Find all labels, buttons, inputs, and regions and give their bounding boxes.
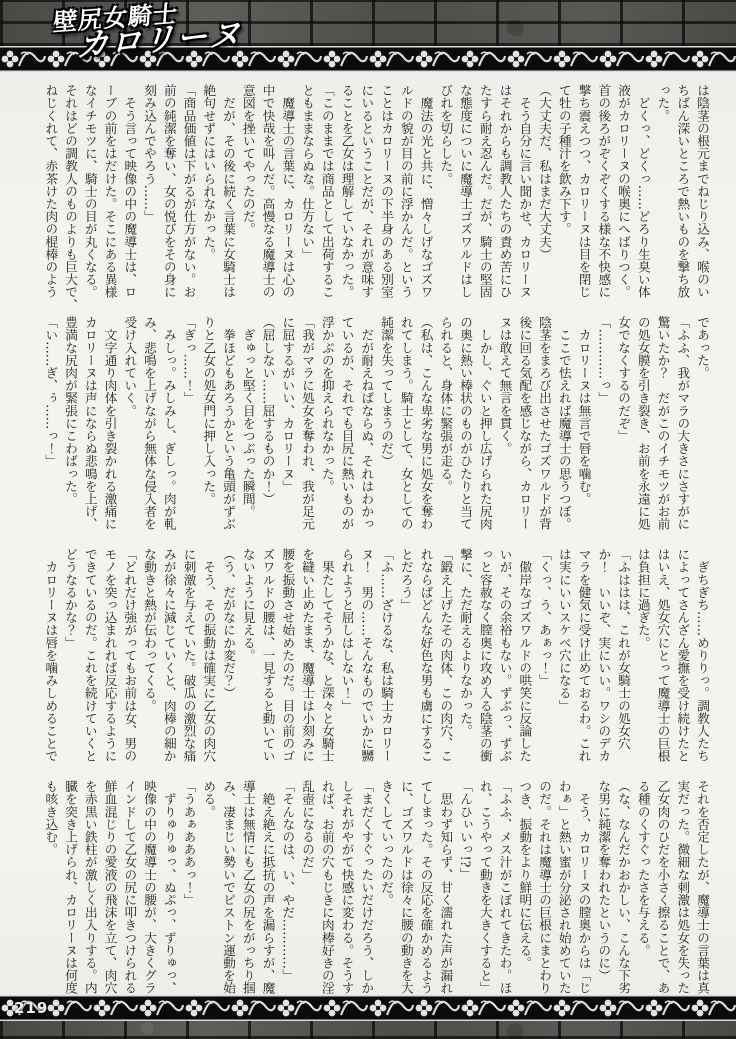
- text-column: 「ふふ、メス汁がこぼれてきたわ。ほ: [495, 780, 515, 994]
- text-column: 鮮血混じりの愛液の飛沫を立て、肉穴: [100, 780, 120, 994]
- text-column: 「商品価値は下がるが仕方がない。お: [179, 84, 199, 298]
- text-column: は陰茎の根元までねじり込み、喉のい: [692, 84, 712, 298]
- text-column: にいるということだが、それが意味す: [357, 84, 377, 298]
- text-column: マラを健気に受け止めておるわ。これ: [574, 548, 594, 762]
- text-column: 液がカロリーヌの喉奥にへばりつく。: [613, 84, 633, 298]
- text-column: そう、カロリーヌの膣奥からは「じ: [574, 780, 594, 994]
- text-column: に屈するがいい、カロリーヌ」: [278, 316, 298, 530]
- text-column: める。: [199, 780, 219, 994]
- text-column: カロリーヌは唇を噛みしめることで: [41, 548, 61, 762]
- text-column: つき、振動をより鮮明に伝える。: [515, 780, 535, 994]
- text-column: ともままならぬな。仕方ない」: [297, 84, 317, 298]
- text-column: ヌは敢えて無言を貫く。: [495, 316, 515, 530]
- text-column: ズワルドの腰は、一見すると動いてい: [258, 548, 278, 762]
- text-column: とだろう」: [396, 548, 416, 762]
- scanned-novel-page: { "page": { "number": "219", "logo_line1…: [0, 0, 736, 1039]
- text-column: て牡の子種汁を飲み下す。: [554, 84, 574, 298]
- page-number: 219: [14, 997, 48, 1019]
- text-column: そう、その振動は確実に乙女の肉穴: [199, 548, 219, 762]
- text-column: によってさんざん愛撫を受け続けたと: [673, 548, 693, 762]
- text-column: そう自分に言い聞かせ、カロリーヌ: [515, 84, 535, 298]
- text-column: どうなるかな？」: [60, 548, 80, 762]
- text-column: いが、その余裕もない。ずぶっ、ずぶ: [495, 548, 515, 762]
- text-column: 「そんなのは、い、やだ…………」: [278, 780, 298, 994]
- text-column: 「どれだけ強がってもお前は女、男の: [120, 548, 140, 762]
- text-column: モノを突っ込まれれば反応するように: [100, 548, 120, 762]
- text-column: 「我がマラに処女を奪われ、我が足元: [297, 316, 317, 530]
- text-column: 腰を振動させ始めたのだ。目の前のゴ: [278, 548, 298, 762]
- text-column: 意図を挫いてやったのだ。: [238, 84, 258, 298]
- text-column: 「ふ……ざけるな、私は騎士カロリー: [376, 548, 396, 762]
- text-column: は負担に過ぎた。: [633, 548, 653, 762]
- text-column: れ、こうやって動きを大きくすると」: [475, 780, 495, 994]
- text-column: 実だった。微細な刺激は処女を失った: [673, 780, 693, 994]
- text-column: ているが、それでも目尻に熱いものが: [337, 316, 357, 530]
- text-column: わぁ」と熱い蜜が分泌され始めていた: [554, 780, 574, 994]
- text-column: った。: [653, 84, 673, 298]
- text-column: 陰茎をまろび出させたゴズワルドが背: [534, 316, 554, 530]
- text-column: 女でなくするのだぞ」: [613, 316, 633, 530]
- text-column: 受け入れていく。: [120, 316, 140, 530]
- text-column: 魔法の光と共に、憎々しげなゴズワ: [416, 84, 436, 298]
- text-column: 「ふふ、我がマラの大きさにさすがに: [673, 316, 693, 530]
- text-column: も咳き込む。: [41, 780, 61, 994]
- text-column: ずりゅりゅっ、ぬぷっ、ずりゅっ、: [159, 780, 179, 994]
- text-column: ないように見える。: [238, 548, 258, 762]
- text-column: 絶え絶えに抵抗の声を漏らすが、魔: [258, 780, 278, 994]
- text-column: インドして乙女の尻に叩きつけられる。: [120, 780, 140, 994]
- text-column: 拳ほどもあろうかという亀頭がずぶ: [218, 316, 238, 530]
- page-footer: 219: [0, 995, 736, 1039]
- ornament-border-bottom: 219: [0, 995, 736, 1021]
- text-column: しかし、ぐいと押し広げられた尻肉: [475, 316, 495, 530]
- text-column: であった。: [692, 316, 712, 530]
- text-column: ヌ！ 男の……そんなものでいかに嬲: [357, 548, 377, 762]
- text-column: を縫い止めたまま、魔導士は小刻みに: [297, 548, 317, 762]
- text-column: 思わず知らず、甘く濡れた声が漏れ: [436, 780, 456, 994]
- text-column: れならばどんな好色な男も虜にするこ: [416, 548, 436, 762]
- text-column: それを否定したが、魔導士の言葉は真: [692, 780, 712, 994]
- text-column: れてしまう。騎士として、女としての: [396, 316, 416, 530]
- text-column: 映像の中の魔導士の腰が、大きくグラ: [139, 780, 159, 994]
- text-column: びれを切らした。: [436, 84, 456, 298]
- ornament-pattern-bottom-svg: [0, 995, 736, 1021]
- text-column: は実にいいスケベ穴になる」: [554, 548, 574, 762]
- text-column: りと乙女の処女門に押し入った。: [199, 316, 219, 530]
- text-column: っと容赦なく膣奥に攻め入る陰茎の衝: [475, 548, 495, 762]
- text-column: どくっ、どくっ……どろり生臭い体: [633, 84, 653, 298]
- text-column: ぎちぎち……めりりっ。調教人たち: [692, 548, 712, 762]
- text-column: な男に純潔を奪われたというのに）: [594, 780, 614, 994]
- text-column: 「鍛え上げたその肉体、この肉穴、こ: [436, 548, 456, 762]
- text-column: に刺激を与えていた。破瓜の激烈な痛: [179, 548, 199, 762]
- text-column: られようと屈しはしない！」: [337, 548, 357, 762]
- text-column: だが、その後に続く言葉に女騎士は: [218, 84, 238, 298]
- text-column: 「んひぃいっ!?」: [455, 780, 475, 994]
- text-column: れば、お前の穴もじきに肉棒好きの淫: [317, 780, 337, 994]
- text-column: 「ぎっ……！」: [179, 316, 199, 530]
- text-column: ちばん深いところで熱いものを撃ち放: [673, 84, 693, 298]
- text-column: 導士は無情にも乙女の尻をがっちり掴: [238, 780, 258, 994]
- text-column: 浮かぶのを抑えられなかった。: [317, 316, 337, 530]
- text-column: 文字通り肉体を引き裂かれる激痛に: [100, 316, 120, 530]
- text-column: る種のくすぐったさを与える。: [633, 780, 653, 994]
- text-column: なイチモツに、騎士の目が丸くなる。: [80, 84, 100, 298]
- text-column: 撃に、ただ耐えるよりなかった。: [455, 548, 475, 762]
- text-column: 刻み込んでやろう……」: [139, 84, 159, 298]
- text-column: ねじくれて、赤茶けた肉の棍棒のよう: [41, 84, 61, 298]
- text-column: 前の純潔を奪い、女の悦びをその身に: [159, 84, 179, 298]
- text-column: 臓を突き上げられ、カロリーヌは何度: [60, 780, 80, 994]
- text-column: ことはカロリーヌの下半身のある別室: [376, 84, 396, 298]
- text-column: 「ふははは、これが女騎士の処女穴: [613, 548, 633, 762]
- text-band-2: であった。「ふふ、我がマラの大きさにさすがに驚いたか？ だがこのイチモツがお前の…: [36, 316, 712, 530]
- text-column: ここで怯えれば魔導士の思うつぼ。: [554, 316, 574, 530]
- text-column: （う、だがなにか変だ？）: [218, 548, 238, 762]
- text-column: できているのだ。これを続けていくと: [80, 548, 100, 762]
- text-column: 豊満な尻肉が緊張にこわばった。: [60, 316, 80, 530]
- text-column: の奥に熱い棒状のものがひたりと当て: [455, 316, 475, 530]
- text-band-3: ぎちぎち……めりりっ。調教人たちによってさんざん愛撫を受け続けたとはいえ、処女穴…: [36, 548, 712, 762]
- text-column: 驚いたか？ だがこのイチモツがお前: [653, 316, 673, 530]
- text-column: 首の後ろがぞくぞくする様な不快感に: [594, 84, 614, 298]
- text-column: はいえ、処女穴にとって魔導士の巨根: [653, 548, 673, 762]
- text-column: み、凄まじい勢いでピストン運動を始: [218, 780, 238, 994]
- text-column: られると、身体に緊張が走る。: [436, 316, 456, 530]
- text-column: みが徐々に減じていくと、肉棒の細か: [159, 548, 179, 762]
- text-column: み、悲鳴を上げながら無体な侵入者を: [139, 316, 159, 530]
- text-column: ぎゅっと堅く目をつぶった瞬間。: [238, 316, 258, 530]
- text-column: しそれがやがて快感に変わる。そうす: [337, 780, 357, 994]
- text-column: カロリーヌは無言で唇を噛む。: [574, 316, 594, 530]
- text-column: だが耐えねばならぬ、それはわかっ: [357, 316, 377, 530]
- text-column: な動きと熱が伝わってくる。: [139, 548, 159, 762]
- text-column: みしっ。みしみし、ぎしっ。肉が軋: [159, 316, 179, 530]
- text-column: 魔導士の言葉に、カロリーヌは心の: [278, 84, 298, 298]
- brick-texture-bottom: [0, 1021, 736, 1039]
- page-header: 壁尻女騎士 カロリーヌ: [0, 0, 736, 72]
- text-column: 中で快哉を叫んだ。高慢なる魔導士の: [258, 84, 278, 298]
- text-column: 「…………っ」: [594, 316, 614, 530]
- text-column: な態度についに魔導士ゴズワルドはし: [455, 84, 475, 298]
- text-column: そう言って映像の中の魔導士は、ロ: [120, 84, 140, 298]
- text-column: （な、なんだかおかしい、こんな下劣: [613, 780, 633, 994]
- text-column: （大丈夫だ、私はまだ大丈夫）: [534, 84, 554, 298]
- text-column: か！ いいぞ、実にいい。ワシのデカ: [594, 548, 614, 762]
- text-column: カロリーヌは声にならぬ悲鳴を上げ、: [80, 316, 100, 530]
- text-column: 果たしてそうかな、と深々と女騎士: [317, 548, 337, 762]
- text-column: 撃ち震えつつ、カロリーヌは目を閉じ: [574, 84, 594, 298]
- text-column: に、ゴズワルドは徐々に腰の動きを大: [396, 780, 416, 994]
- text-column: 乱壺になるのだ」: [297, 780, 317, 994]
- text-column: （屈しない……屈するものか！）: [258, 316, 278, 530]
- text-column: ーブの前をはだけた。そこにある異様: [100, 84, 120, 298]
- text-column: 「くっ、う、あぁっ！」: [534, 548, 554, 762]
- text-column: きくしていったのだ。: [376, 780, 396, 994]
- text-column: はそれからも調教人たちの責め苦にひ: [495, 84, 515, 298]
- novel-text-sheet: は陰茎の根元までねじり込み、喉のいちばん深いところで熱いものを撃ち放った。 どく…: [0, 72, 736, 995]
- text-column: 「まだくすぐったいだけだろう、しか: [357, 780, 377, 994]
- text-column: （私は、こんな卑劣な男に処女を奪わ: [416, 316, 436, 530]
- text-column: の処女膜を引き裂き、お前を永遠に処: [633, 316, 653, 530]
- text-column: 「このままでは商品として出荷するこ: [317, 84, 337, 298]
- text-column: たすら耐え忍んだ。だが、騎士の堅固: [475, 84, 495, 298]
- text-column: 傲岸なゴズワルドの哄笑に反論した: [515, 548, 535, 762]
- series-logo: 壁尻女騎士 カロリーヌ: [50, 0, 244, 64]
- text-column: てしまった。その反応を確かめるよう: [416, 780, 436, 994]
- text-column: のだ。それは魔導士の巨根にまとわり: [534, 780, 554, 994]
- text-column: 純潔を失ってしまうのだ）: [376, 316, 396, 530]
- text-column: ルドの貌が目の前に浮かんだ。という: [396, 84, 416, 298]
- text-column: 「うあぁあああっ！」: [179, 780, 199, 994]
- text-column: を赤黒い鉄柱が激しく出入りする。内: [80, 780, 100, 994]
- text-column: それはどの調教人のものよりも巨大で、: [60, 84, 80, 298]
- text-column: ることを乙女は理解していなかった。: [337, 84, 357, 298]
- text-band-4: それを否定したが、魔導士の言葉は真実だった。微細な刺激は処女を失った乙女肉のひだ…: [36, 780, 712, 994]
- text-column: 乙女肉のひだを小さく擦ることで、あ: [653, 780, 673, 994]
- text-column: 絶句せずにはいられなかった。: [199, 84, 219, 298]
- text-column: 「い……ぎ、ぅ……っ！」: [41, 316, 61, 530]
- text-band-1: は陰茎の根元までねじり込み、喉のいちばん深いところで熱いものを撃ち放った。 どく…: [36, 84, 712, 298]
- text-column: 後に回る気配を感じながら、カロリー: [515, 316, 535, 530]
